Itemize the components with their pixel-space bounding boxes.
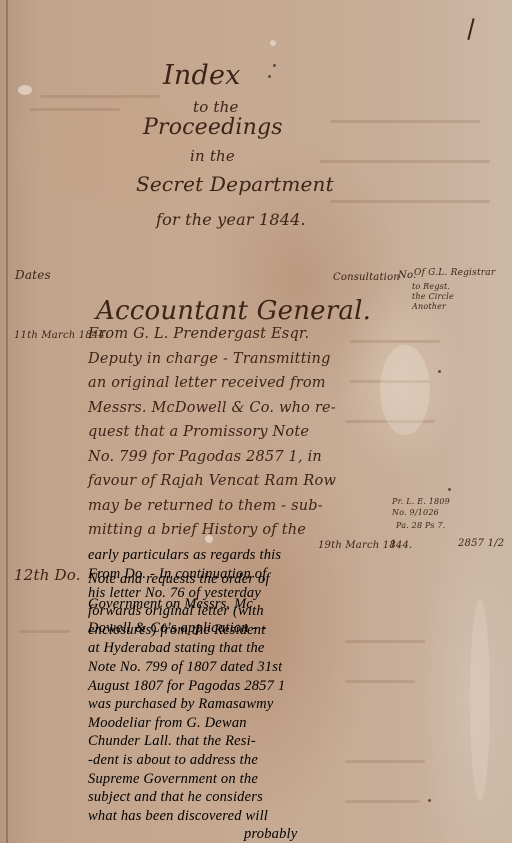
register-sub-3: Another: [412, 302, 446, 312]
note-annotation: No. 9/1026: [392, 508, 439, 518]
consultation-column-label: Consultation: [333, 272, 400, 283]
amount: 2857 1/2: [458, 538, 504, 549]
register-column-label: Of G.L. Registrar: [414, 268, 495, 278]
title-proceedings: Proceedings: [143, 115, 283, 140]
entry-line: No. 799 for Pagodas 2857 1, in: [88, 449, 322, 465]
title-line-in-the: in the: [190, 147, 235, 165]
note-annotation: Pa. 28 Ps 7.: [396, 521, 445, 531]
register-sub-1: to Regst.: [412, 282, 450, 292]
section-heading: Accountant General.: [96, 296, 371, 326]
page-mark: [467, 18, 474, 40]
entry-line: Messrs. McDowell & Co. who re-: [88, 400, 336, 416]
entry-date: 12th Do.: [14, 566, 81, 584]
left-margin-rule: [6, 0, 8, 843]
entry-line: favour of Rajah Vencat Ram Row: [88, 473, 336, 489]
entry-line: mitting a brief History of the: [88, 522, 306, 538]
note-annotation: Pr. L. E. 1809: [392, 497, 450, 507]
title-line-to-the: to the: [193, 98, 239, 116]
entry-line: From G. L. Prendergast Esqr.: [88, 326, 309, 342]
manuscript-page: Index to the Proceedings in the Secret D…: [0, 0, 512, 843]
consultation-number: 1.: [390, 539, 400, 550]
entry-line: may be returned to them - sub-: [88, 498, 323, 514]
dates-column-label: Dates: [15, 268, 51, 282]
index-title: Index: [163, 60, 241, 91]
register-sub-2: the Circle: [412, 292, 454, 302]
title-secret-department: Secret Department: [136, 172, 334, 196]
entry-line: quest that a Promissory Note: [88, 424, 309, 440]
entry-line: an original letter received from: [88, 375, 326, 391]
entry-line: Deputy in charge - Transmitting: [88, 351, 331, 367]
title-year: for the year 1844.: [156, 210, 306, 229]
